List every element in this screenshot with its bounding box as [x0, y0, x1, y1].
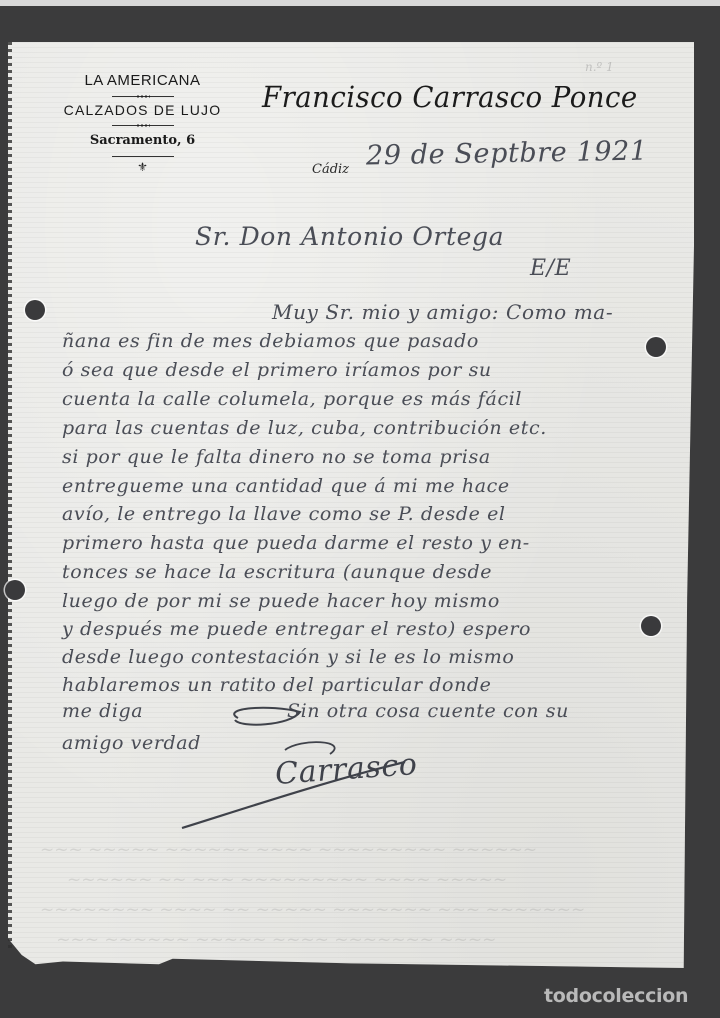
letterhead-business-block: LA AMERICANA CALZADOS DE LUJO Sacramento… [40, 72, 245, 174]
punch-hole [641, 616, 661, 636]
body-line: avío, le entrego la llave como se P. des… [62, 503, 506, 525]
body-line: si por que le falta dinero no se toma pr… [62, 446, 491, 468]
body-line: ñana es fin de mes debiamos que pasado [62, 330, 479, 352]
body-line: cuenta la calle columela, porque es más … [62, 388, 522, 410]
body-line: luego de por mi se puede hacer hoy mismo [62, 590, 500, 612]
business-name: LA AMERICANA [40, 72, 245, 90]
business-subtitle: CALZADOS DE LUJO [40, 101, 245, 119]
body-line: me diga [62, 700, 143, 722]
emblem-icon: ⚜ [40, 160, 245, 174]
body-line: y después me puede entregar el resto) es… [62, 618, 531, 640]
punch-hole [5, 580, 25, 600]
pencil-annotation: n.º 1 [585, 60, 614, 74]
proprietor-name: Francisco Carrasco Ponce [262, 80, 661, 114]
letter-date: 29 de Septbre 1921 [366, 136, 648, 172]
divider [112, 156, 174, 157]
watermark: todocoleccion [544, 985, 688, 1007]
perforated-left-edge [8, 42, 12, 952]
body-line: tonces se hace la escritura (aunque desd… [62, 561, 492, 583]
ornamental-divider [112, 125, 174, 126]
body-line: Muy Sr. mio y amigo: Como ma- [272, 300, 613, 324]
ornamental-divider [112, 96, 174, 97]
body-line: primero hasta que pueda darme el resto y… [62, 532, 530, 554]
top-border-strip [0, 0, 720, 6]
body-line: para las cuentas de luz, cuba, contribuc… [62, 417, 547, 439]
body-line: desde luego contestación y si le es lo m… [62, 646, 514, 668]
body-line: entregueme una cantidad que á mi me hace [62, 475, 510, 497]
body-line: ó sea que desde el primero iríamos por s… [62, 359, 492, 381]
business-address: Sacramento, 6 [40, 132, 245, 150]
punch-hole [25, 300, 45, 320]
punch-hole [646, 337, 666, 357]
body-line: hablaremos un ratito del particular dond… [62, 674, 492, 696]
reference-mark: E/E [530, 256, 571, 281]
recipient-salutation: Sr. Don Antonio Ortega [195, 222, 504, 251]
letterhead-city: Cádiz [312, 162, 349, 177]
reverse-side-bleedthrough: ~~~ ~~~~~ ~~~~~~ ~~~~ ~~~~~~~~~ ~~~~~~ ~… [40, 835, 660, 955]
